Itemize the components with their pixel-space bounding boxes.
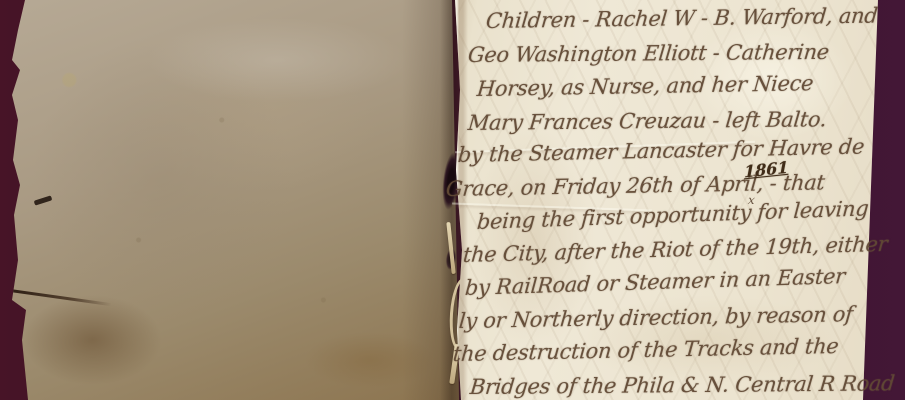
photograph-open-diary: Children - Rachel W - B. Warford, and Ge… (0, 0, 905, 400)
paper-tear-nick (34, 195, 53, 205)
paper-crack (8, 289, 111, 306)
manuscript-line: Geo Washington Elliott - Catherine (467, 39, 831, 68)
manuscript-line: Children - Rachel W - B. Warford, and (485, 3, 879, 35)
left-blank-page (0, 0, 462, 400)
manuscript-line: Mary Frances Creuzau - left Balto. (467, 106, 828, 136)
manuscript-line: Bridges of the Phila & N. Central R Road (469, 370, 896, 400)
